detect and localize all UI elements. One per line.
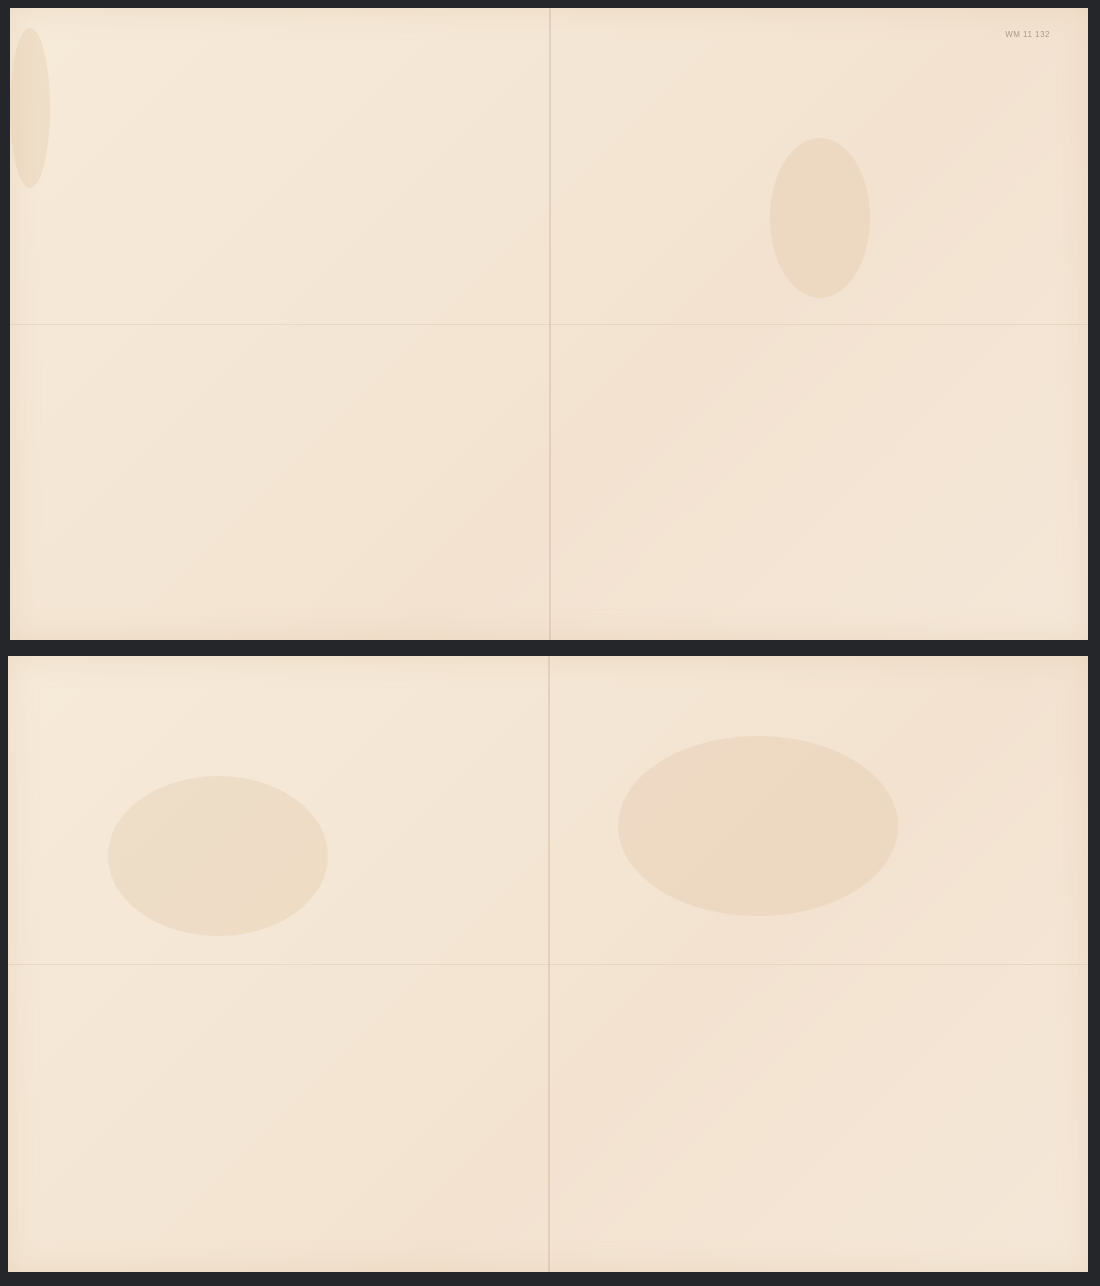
stain <box>770 138 870 298</box>
stain <box>108 776 328 936</box>
fold-line-horizontal <box>8 964 1088 965</box>
paper-sheet-bottom <box>8 656 1088 1272</box>
stain <box>618 736 898 916</box>
paper-sheet-top: WM 11 132 <box>10 8 1088 640</box>
fold-line-horizontal <box>10 324 1088 325</box>
inventory-number: WM 11 132 <box>1005 30 1050 39</box>
stain <box>10 28 50 188</box>
